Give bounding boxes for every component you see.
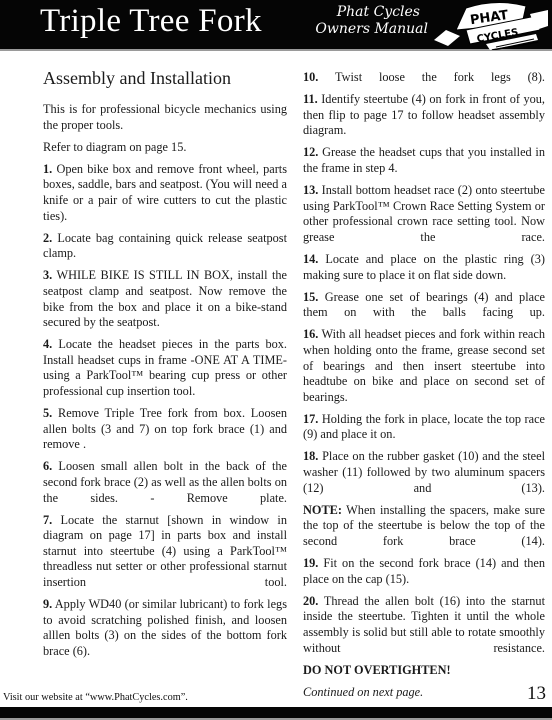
intro-paragraph: This is for professional bicycle mechani… (43, 102, 287, 133)
page-number: 13 (527, 683, 546, 705)
note-paragraph: NOTE: When installing the spacers, make … (303, 503, 545, 550)
page-header: Triple Tree Fork Phat Cycles Owners Manu… (0, 0, 552, 51)
continued-note: Continued on next page. (303, 685, 545, 701)
step-2: 2. Locate bag containing quick release s… (43, 231, 287, 262)
step-18: 18. Place on the rubber gasket (10) and … (303, 449, 545, 496)
refer-paragraph: Refer to diagram on page 15. (43, 140, 287, 156)
manual-title-line: Owners Manual (298, 21, 428, 38)
owners-manual-label: Phat Cycles Owners Manual (298, 4, 428, 38)
step-20: 20. Thread the allen bolt (16) into the … (303, 594, 545, 656)
step-17: 17. Holding the fork in place, locate th… (303, 412, 545, 443)
step-19: 19. Fit on the second fork brace (14) an… (303, 556, 545, 587)
step-4: 4. Locate the headset pieces in the part… (43, 337, 287, 399)
overtighten-warning: DO NOT OVERTIGHTEN! (303, 663, 545, 679)
step-7: 7. Locate the starnut [shown in window i… (43, 513, 287, 591)
step-11: 11. Identify steertube (4) on fork in fr… (303, 92, 545, 139)
step-9: 9. Apply WD40 (or similar lubricant) to … (43, 597, 287, 659)
document-title: Triple Tree Fork (40, 3, 262, 40)
step-15: 15. Grease one set of bearings (4) and p… (303, 290, 545, 321)
right-column: 10. Twist loose the fork legs (8). 11. I… (303, 70, 545, 707)
phat-cycles-logo-icon: PHAT CYCLES (426, 0, 550, 50)
step-12: 12. Grease the headset cups that you ins… (303, 145, 545, 176)
left-column: This is for professional bicycle mechani… (43, 102, 287, 666)
step-14: 14. Locate and place on the plastic ring… (303, 252, 545, 283)
step-16: 16. With all headset pieces and fork wit… (303, 327, 545, 405)
step-6: 6. Loosen small allen bolt in the back o… (43, 459, 287, 506)
website-footer: Visit our website at “www.PhatCycles.com… (3, 692, 188, 703)
step-10: 10. Twist loose the fork legs (8). (303, 70, 545, 86)
step-3: 3. WHILE BIKE IS STILL IN BOX, install t… (43, 268, 287, 330)
manual-brand-line: Phat Cycles (298, 4, 428, 21)
footer-bar (0, 707, 552, 720)
step-5: 5. Remove Triple Tree fork from box. Loo… (43, 406, 287, 453)
section-heading: Assembly and Installation (43, 68, 231, 89)
step-1: 1. Open bike box and remove front wheel,… (43, 162, 287, 224)
step-13: 13. Install bottom headset race (2) onto… (303, 183, 545, 245)
